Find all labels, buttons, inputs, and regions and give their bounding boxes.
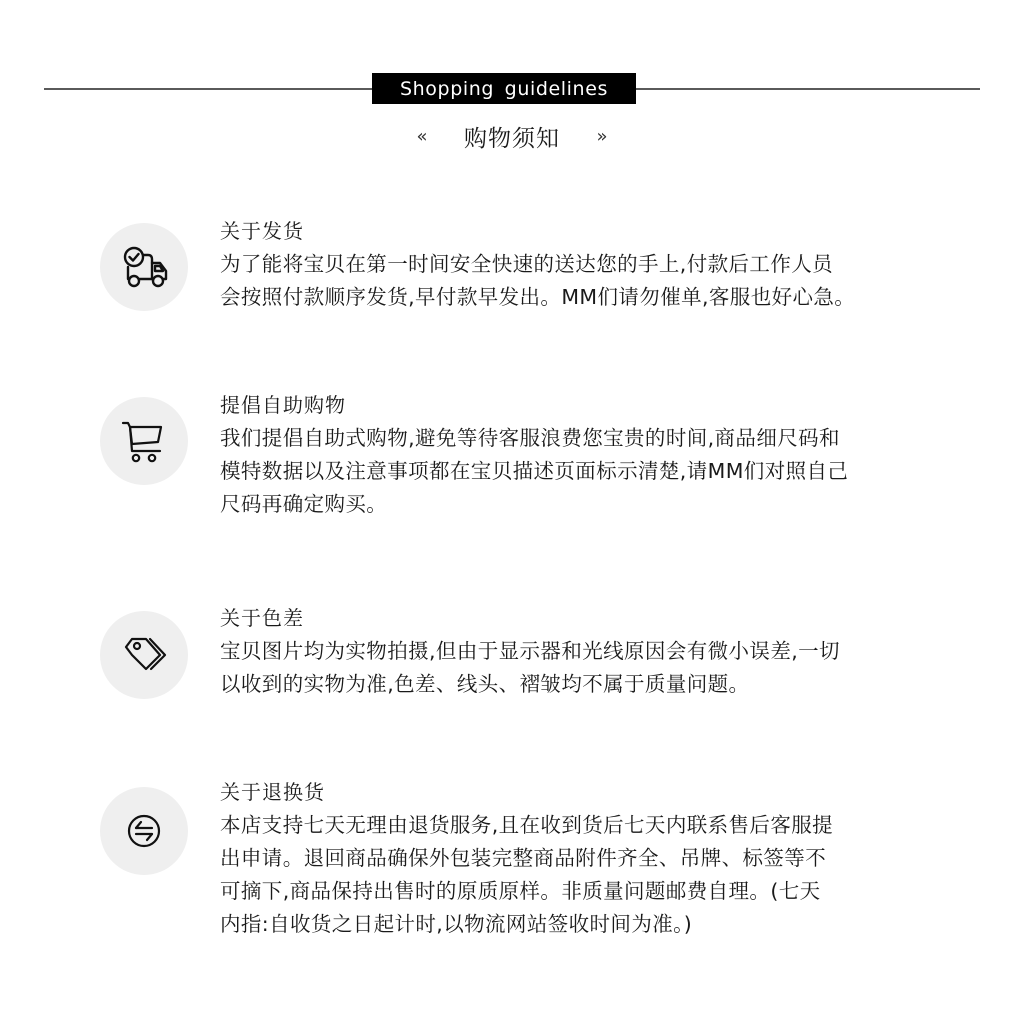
subtitle-row: « 购物须知 » [0,116,1024,156]
body-line: 本店支持七天无理由退货服务,且在收到货后七天内联系售后客服提 [220,809,920,842]
section-body: 我们提倡自助式购物,避免等待客服浪费您宝贵的时间,商品细尺码和 模特数据以及注意… [220,422,920,521]
left-guillemet: « [412,126,432,147]
section-text: 关于退换货 本店支持七天无理由退货服务,且在收到货后七天内联系售后客服提 出申请… [220,777,920,941]
header-badge: Shopping guidelines [372,73,636,104]
section-text: 提倡自助购物 我们提倡自助式购物,避免等待客服浪费您宝贵的时间,商品细尺码和 模… [220,390,920,521]
exchange-arrows-icon [114,801,174,861]
body-line: 我们提倡自助式购物,避免等待客服浪费您宝贵的时间,商品细尺码和 [220,422,920,455]
icon-circle [100,787,188,875]
page-subtitle: 购物须知 [464,120,560,153]
section-title: 关于退换货 [220,777,920,807]
section-title: 关于色差 [220,603,920,633]
price-tag-icon [114,625,174,685]
body-line: 会按照付款顺序发货,早付款早发出。MM们请勿催单,客服也好心急。 [220,281,920,314]
body-line: 以收到的实物为准,色差、线头、褶皱均不属于质量问题。 [220,668,920,701]
section-body: 为了能将宝贝在第一时间安全快速的送达您的手上,付款后工作人员 会按照付款顺序发货… [220,248,920,314]
body-line: 模特数据以及注意事项都在宝贝描述页面标示清楚,请MM们对照自己 [220,455,920,488]
section-body: 宝贝图片均为实物拍摄,但由于显示器和光线原因会有微小误差,一切 以收到的实物为准… [220,635,920,701]
section-title: 提倡自助购物 [220,390,920,420]
body-line: 为了能将宝贝在第一时间安全快速的送达您的手上,付款后工作人员 [220,248,920,281]
section-body: 本店支持七天无理由退货服务,且在收到货后七天内联系售后客服提 出申请。退回商品确… [220,809,920,941]
section-text: 关于发货 为了能将宝贝在第一时间安全快速的送达您的手上,付款后工作人员 会按照付… [220,216,920,314]
header-badge-text: Shopping guidelines [400,78,608,100]
body-line: 宝贝图片均为实物拍摄,但由于显示器和光线原因会有微小误差,一切 [220,635,920,668]
body-line: 可摘下,商品保持出售时的原质原样。非质量问题邮费自理。(七天 [220,875,920,908]
body-line: 出申请。退回商品确保外包装完整商品附件齐全、吊牌、标签等不 [220,842,920,875]
delivery-truck-check-icon [114,237,174,297]
icon-circle [100,611,188,699]
body-line: 尺码再确定购买。 [220,488,920,521]
icon-circle [100,397,188,485]
shopping-cart-icon [114,411,174,471]
section-title: 关于发货 [220,216,920,246]
section-text: 关于色差 宝贝图片均为实物拍摄,但由于显示器和光线原因会有微小误差,一切 以收到… [220,603,920,701]
icon-circle [100,223,188,311]
body-line: 内指:自收货之日起计时,以物流网站签收时间为准。) [220,908,920,941]
right-guillemet: » [592,126,612,147]
